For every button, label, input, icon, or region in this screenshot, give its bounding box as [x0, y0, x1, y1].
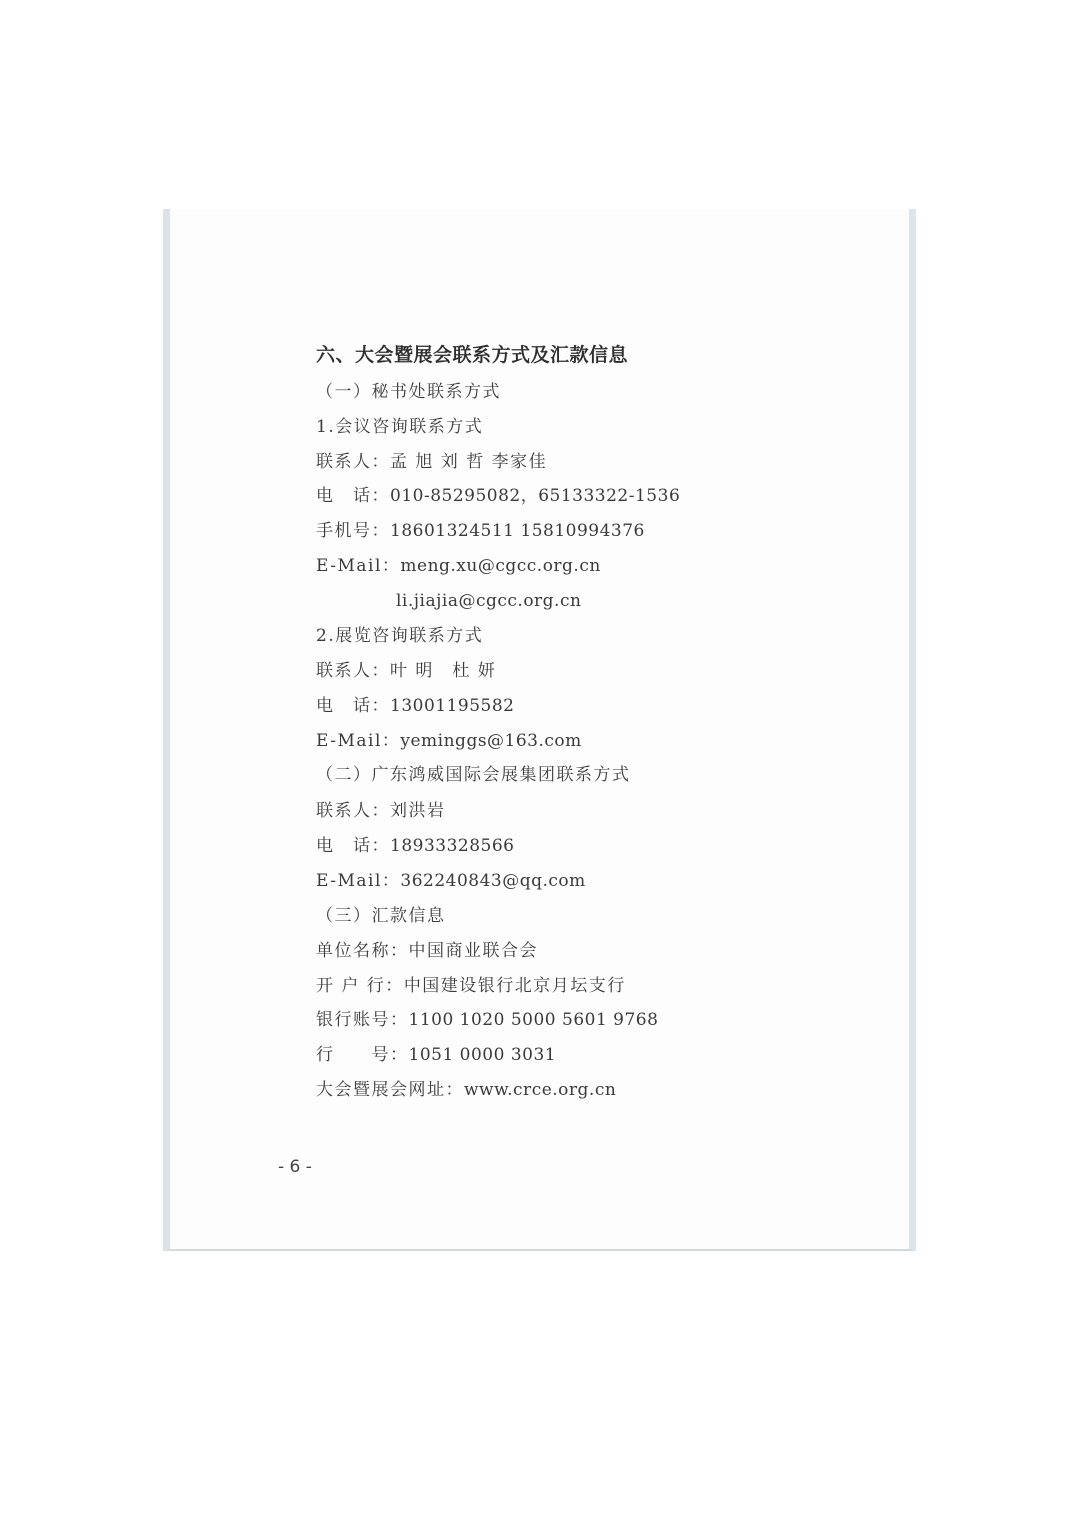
phone-label: 电 话：	[316, 486, 390, 506]
phone-value: 13001195582	[390, 696, 514, 716]
unit-label: 单位名称：	[316, 941, 409, 961]
page-number: - 6 -	[278, 1157, 312, 1177]
phone-label: 电 话：	[316, 836, 390, 856]
remittance-heading: （三）汇款信息	[316, 905, 446, 927]
email-label: E-Mail：	[316, 731, 400, 751]
hongwei-heading: （二）广东鸿威国际会展集团联系方式	[316, 764, 631, 786]
mobile-label: 手机号：	[316, 521, 390, 541]
website-row: 大会暨展会网址：www.crce.org.cn	[316, 1079, 616, 1101]
phone-value: 18933328566	[390, 836, 514, 856]
conference-email-row-2: li.jiajia@cgcc.org.cn	[396, 590, 581, 612]
section-title: 六、大会暨展会联系方式及汇款信息	[316, 344, 628, 366]
contacts-label: 联系人：	[316, 661, 390, 681]
email-value[interactable]: yeminggs@163.com	[400, 731, 581, 751]
email-value[interactable]: 362240843@qq.com	[400, 871, 585, 891]
account-value: 1100 1020 5000 5601 9768	[409, 1010, 659, 1030]
contacts-label: 联系人：	[316, 801, 390, 821]
email-value[interactable]: li.jiajia@cgcc.org.cn	[396, 591, 581, 611]
bank-row: 开 户 行：中国建设银行北京月坛支行	[316, 975, 626, 997]
conference-phone-row: 电 话：010-85295082，65133322-1536	[316, 485, 680, 507]
email-value[interactable]: meng.xu@cgcc.org.cn	[400, 556, 600, 576]
conference-contacts-row: 联系人：孟 旭 刘 哲 李家佳	[316, 451, 547, 473]
unit-name-row: 单位名称：中国商业联合会	[316, 940, 538, 962]
exhibition-phone-row: 电 话：13001195582	[316, 695, 514, 717]
unit-value: 中国商业联合会	[409, 941, 539, 961]
hongwei-phone-row: 电 话：18933328566	[316, 835, 514, 857]
exhibition-email-row: E-Mail：yeminggs@163.com	[316, 730, 582, 752]
contacts-value: 孟 旭 刘 哲 李家佳	[390, 452, 547, 472]
bank-code-label: 行 号：	[316, 1045, 409, 1065]
phone-value: 010-85295082，65133322-1536	[390, 486, 680, 506]
bank-label: 开 户 行：	[316, 976, 404, 996]
conference-contact-heading: 1.会议咨询联系方式	[316, 416, 483, 438]
conference-email-row: E-Mail：meng.xu@cgcc.org.cn	[316, 555, 601, 577]
secretariat-heading: （一）秘书处联系方式	[316, 381, 501, 403]
website-value[interactable]: www.crce.org.cn	[464, 1080, 616, 1100]
account-label: 银行账号：	[316, 1010, 409, 1030]
bank-value: 中国建设银行北京月坛支行	[404, 976, 626, 996]
exhibition-contact-heading: 2.展览咨询联系方式	[316, 625, 483, 647]
bank-code-value: 1051 0000 3031	[409, 1045, 557, 1065]
contacts-value: 刘洪岩	[390, 801, 446, 821]
bank-code-row: 行 号：1051 0000 3031	[316, 1044, 556, 1066]
email-label: E-Mail：	[316, 556, 400, 576]
mobile-value: 18601324511 15810994376	[390, 521, 645, 541]
exhibition-contacts-row: 联系人：叶 明 杜 妍	[316, 660, 496, 682]
account-row: 银行账号：1100 1020 5000 5601 9768	[316, 1009, 658, 1031]
email-label: E-Mail：	[316, 871, 400, 891]
contacts-value: 叶 明 杜 妍	[390, 661, 496, 681]
website-label: 大会暨展会网址：	[316, 1080, 464, 1100]
hongwei-contacts-row: 联系人：刘洪岩	[316, 800, 446, 822]
hongwei-email-row: E-Mail：362240843@qq.com	[316, 870, 586, 892]
conference-mobile-row: 手机号：18601324511 15810994376	[316, 520, 645, 542]
contacts-label: 联系人：	[316, 452, 390, 472]
phone-label: 电 话：	[316, 696, 390, 716]
